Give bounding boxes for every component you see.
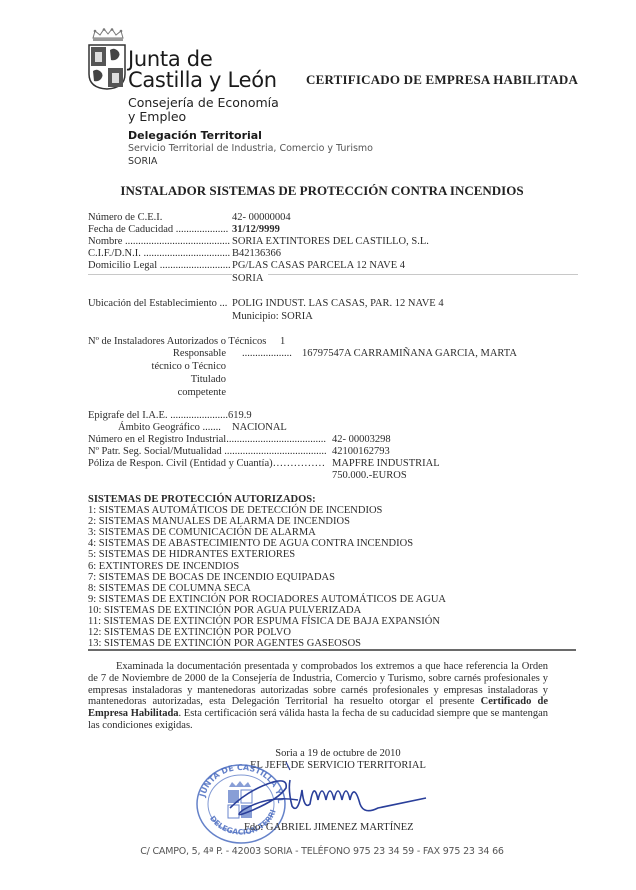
paragraph-text-1: Examinada la documentación presentada y … xyxy=(88,661,548,707)
footer-address: C/ CAMPO, 5, 4ª P. - 42003 SORIA - TELÉF… xyxy=(0,846,636,857)
iae-value: 619.9 xyxy=(228,410,252,421)
responsible-label-3: Titulado xyxy=(100,374,226,385)
location-value-line1: POLIG INDUST. LAS CASAS, PAR. 12 NAVE 4 xyxy=(232,298,444,309)
system-item: 7: SISTEMAS DE BOCAS DE INCENDIO EQUIPAD… xyxy=(88,572,335,583)
brand-name-line1: Junta de xyxy=(128,48,212,70)
system-item: 12: SISTEMAS DE EXTINCIÓN POR POLVO xyxy=(88,627,291,638)
address-label: Domicilio Legal ........................… xyxy=(88,260,231,271)
systems-heading: SISTEMAS DE PROTECCIÓN AUTORIZADOS: xyxy=(88,494,316,505)
handwritten-signature-icon xyxy=(228,760,428,830)
system-item: 1: SISTEMAS AUTOMÁTICOS DE DETECCIÓN DE … xyxy=(88,505,382,516)
scope-value: NACIONAL xyxy=(232,422,287,433)
social-security-label: Nº Patr. Seg. Social/Mutualidad ........… xyxy=(88,446,327,457)
expiry-label: Fecha de Caducidad .................... xyxy=(88,224,228,235)
cif-value: B42136366 xyxy=(232,248,281,259)
section-divider xyxy=(88,649,576,651)
social-security-value: 42100162793 xyxy=(332,446,390,457)
installers-label: Nº de Instaladores Autorizados o Técnico… xyxy=(88,336,266,347)
location-label: Ubicación del Establecimiento ... xyxy=(88,298,227,309)
brand-name-line2: Castilla y León xyxy=(128,69,277,91)
location-value-line2: Municipio: SORIA xyxy=(232,311,313,322)
cif-label: C.I.F./D.N.I. ..........................… xyxy=(88,248,230,259)
system-item: 6: EXTINTORES DE INCENDIOS xyxy=(88,561,239,572)
responsible-label-2: técnico o Técnico xyxy=(100,361,226,372)
system-item: 9: SISTEMAS DE EXTINCIÓN POR ROCIADORES … xyxy=(88,594,446,605)
coat-of-arms-icon xyxy=(88,44,126,90)
certificate-title: CERTIFICADO DE EMPRESA HABILITADA xyxy=(306,72,578,88)
system-item: 3: SISTEMAS DE COMUNICACIÓN DE ALARMA xyxy=(88,527,316,538)
servicio-label: Servicio Territorial de Industria, Comer… xyxy=(128,143,373,154)
province-label: SORIA xyxy=(128,156,157,167)
system-item: 5: SISTEMAS DE HIDRANTES EXTERIORES xyxy=(88,549,295,560)
system-item: 4: SISTEMAS DE ABASTECIMIENTO DE AGUA CO… xyxy=(88,538,413,549)
insurance-label: Póliza de Respon. Civil (Entidad y Cuant… xyxy=(88,458,325,469)
iae-label: Epigrafe del I.A.E. ....................… xyxy=(88,410,228,421)
registry-label: Número en el Registro Industrial........… xyxy=(88,434,326,445)
system-item: 10: SISTEMAS DE EXTINCIÓN POR AGUA PULVE… xyxy=(88,605,361,616)
cei-value: 42- 00000004 xyxy=(232,212,291,223)
address-value-line2: SORIA xyxy=(232,273,268,284)
insurance-value-line1: MAPFRE INDUSTRIAL xyxy=(332,458,440,469)
scope-label: Ámbito Geográfico ....... xyxy=(118,422,221,433)
signed-by: Fdo: GABRIEL JIMENEZ MARTÍNEZ xyxy=(244,822,414,833)
system-item: 2: SISTEMAS MANUALES DE ALARMA DE INCEND… xyxy=(88,516,350,527)
insurance-value-line2: 750.000.-EUROS xyxy=(332,470,407,481)
name-label: Nombre .................................… xyxy=(88,236,230,247)
system-item: 11: SISTEMAS DE EXTINCIÓN POR ESPUMA FÍS… xyxy=(88,616,440,627)
cei-label: Número de C.E.I. xyxy=(88,212,162,223)
scan-line xyxy=(88,274,578,275)
main-title: INSTALADOR SISTEMAS DE PROTECCIÓN CONTRA… xyxy=(0,183,636,199)
name-value: SORIA EXTINTORES DEL CASTILLO, S.L. xyxy=(232,236,429,247)
delegacion-label: Delegación Territorial xyxy=(128,129,262,142)
consejeria-line2: y Empleo xyxy=(128,110,186,124)
installers-value: 1 xyxy=(280,336,285,347)
responsible-dots: ................... xyxy=(242,348,292,359)
responsible-value: 16797547A CARRAMIÑANA GARCIA, MARTA xyxy=(302,348,517,359)
system-item: 8: SISTEMAS DE COLUMNA SECA xyxy=(88,583,251,594)
certification-paragraph: Examinada la documentación presentada y … xyxy=(88,661,548,732)
consejeria-line1: Consejería de Economía xyxy=(128,96,279,110)
registry-value: 42- 00003298 xyxy=(332,434,391,445)
expiry-value: 31/12/9999 xyxy=(232,224,280,235)
responsible-label-1: Responsable xyxy=(100,348,226,359)
place-date: Soria a 19 de octubre de 2010 xyxy=(0,748,636,759)
address-value-line1: PG/LAS CASAS PARCELA 12 NAVE 4 xyxy=(232,260,405,271)
crown-icon xyxy=(91,28,125,42)
responsible-label-4: competente xyxy=(100,387,226,398)
system-item: 13: SISTEMAS DE EXTINCIÓN POR AGENTES GA… xyxy=(88,638,361,649)
